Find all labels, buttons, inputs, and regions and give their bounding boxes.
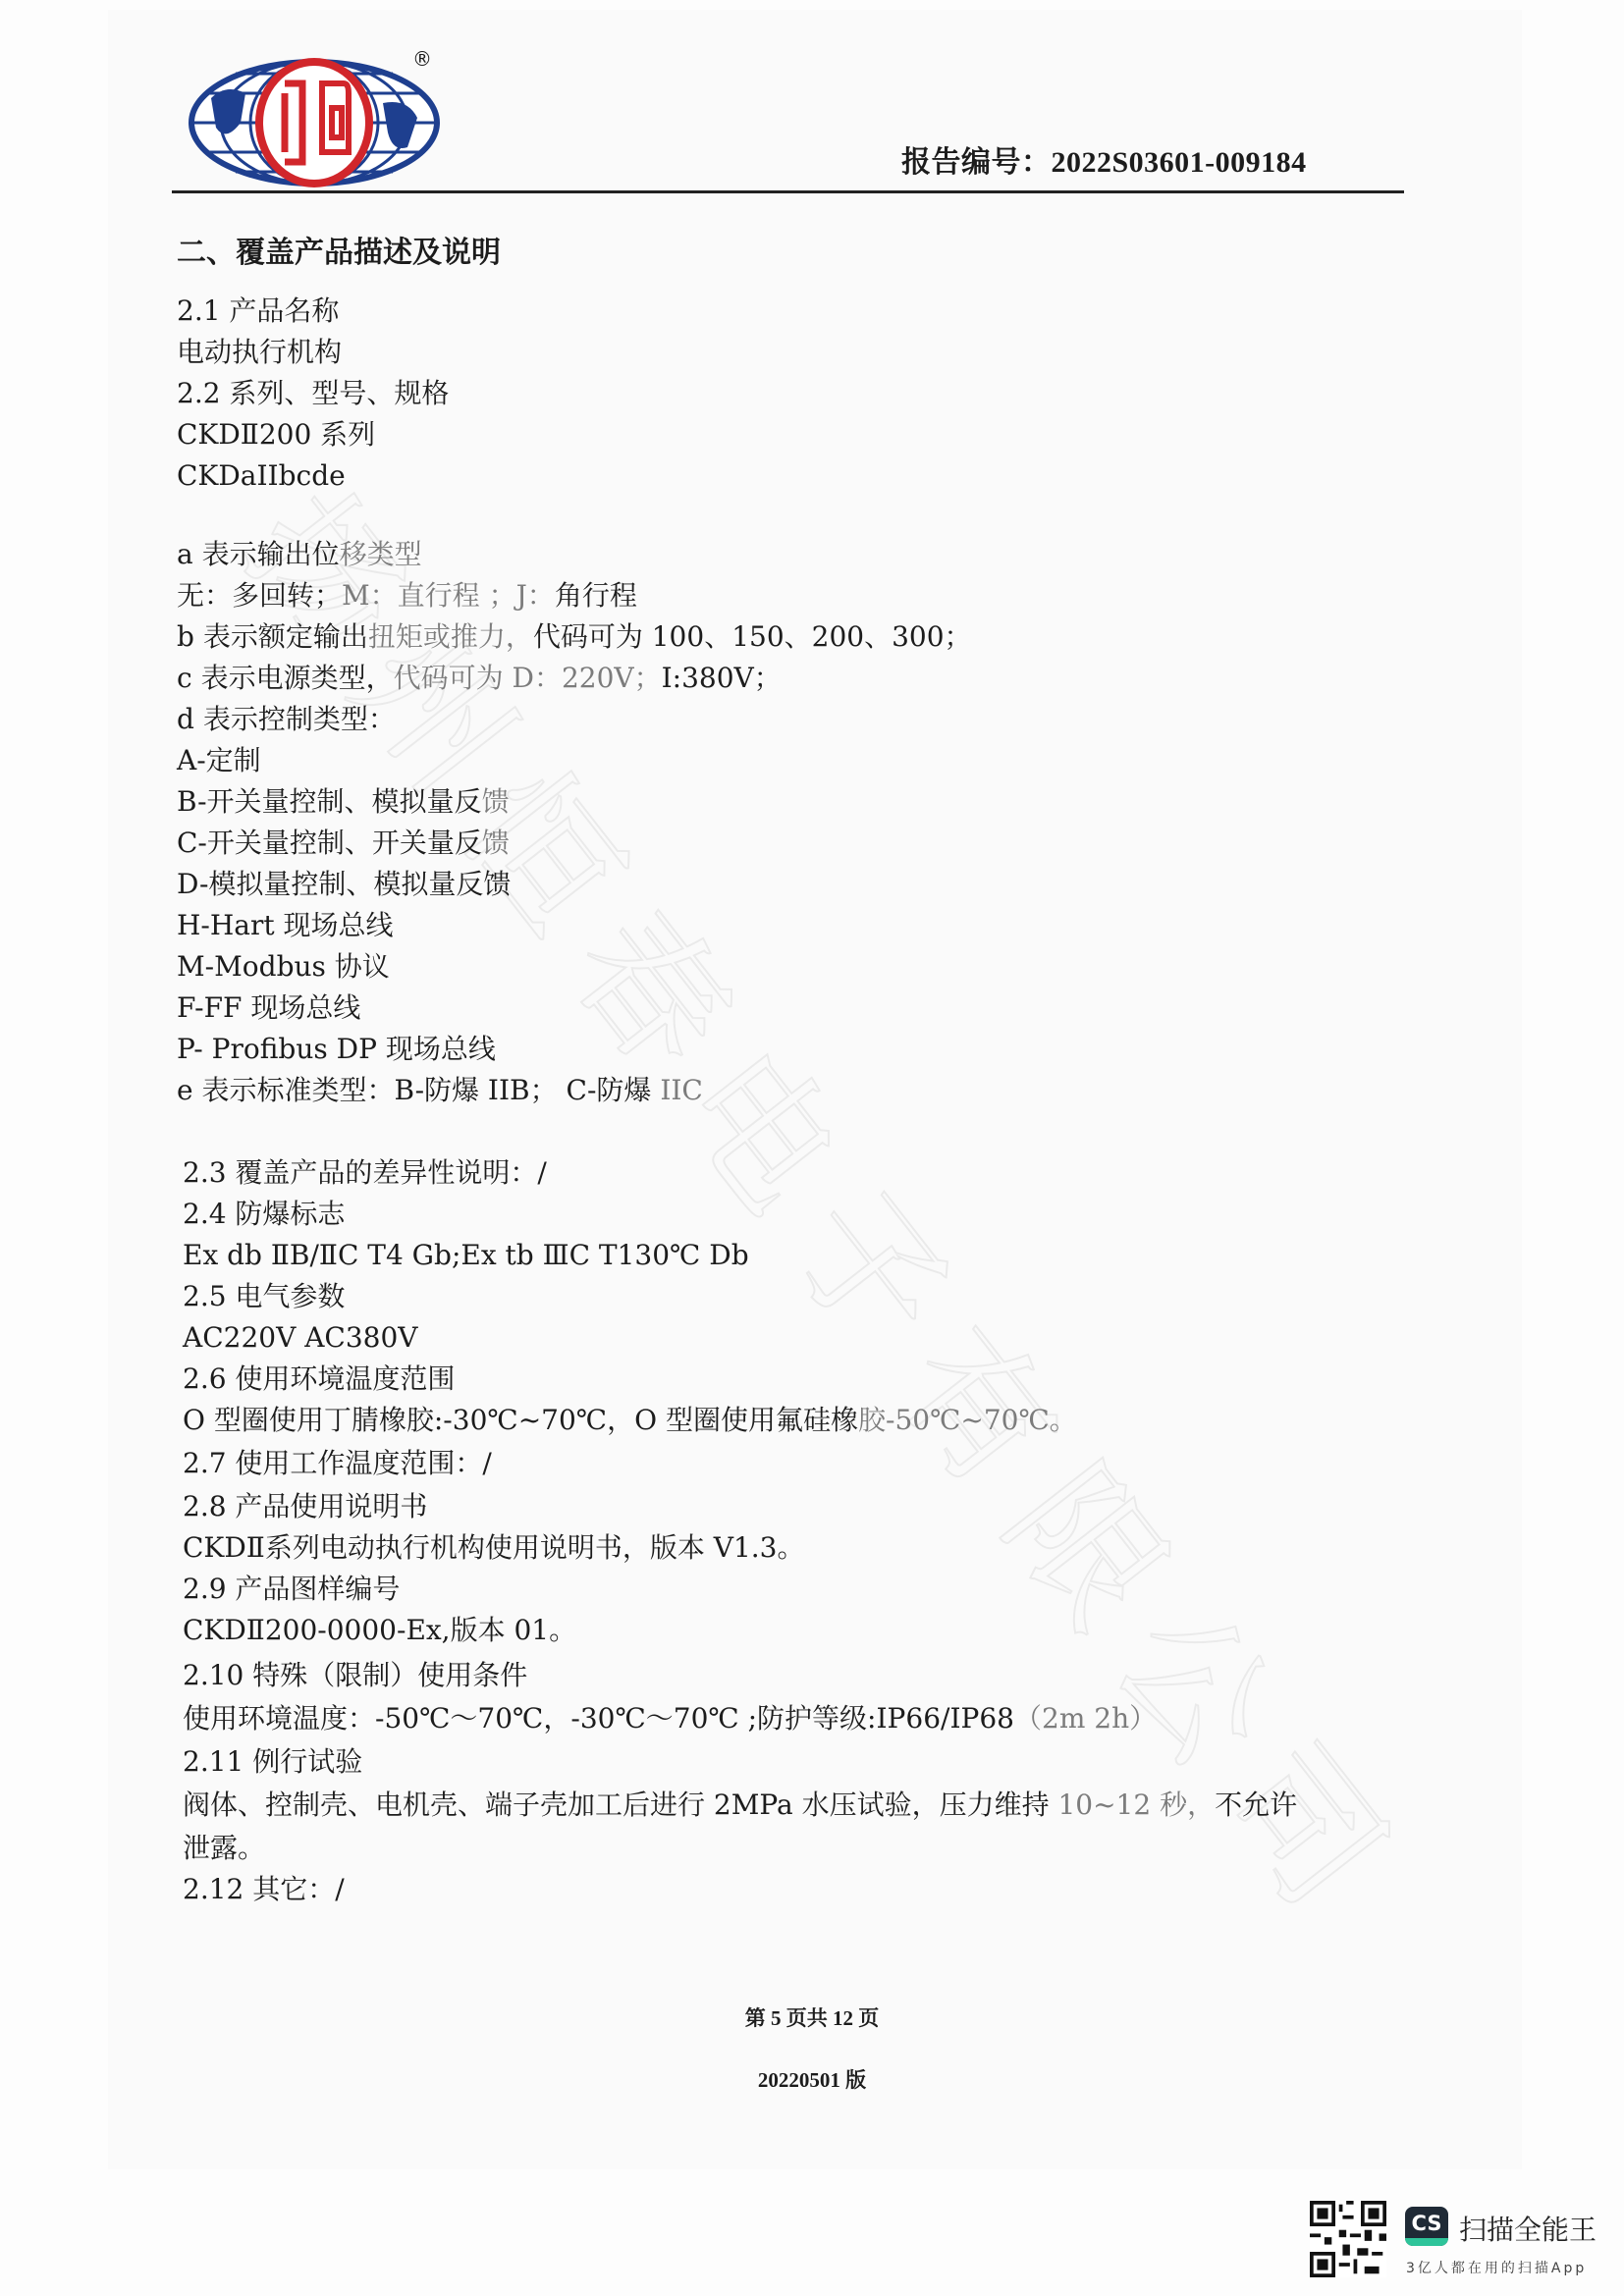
body-line: 无：多回转；M：直行程 ；J：角行程 (177, 579, 637, 613)
page-indicator: 第 5 页共 12 页 (0, 2002, 1624, 2032)
body-line: a 表示输出位移类型 (177, 538, 422, 571)
scanner-app-badge: CS 扫描全能王 3亿人都在用的扫描App (1310, 2199, 1624, 2287)
body-line: b 表示额定输出扭矩或推力，代码可为 100、150、200、300； (177, 620, 972, 654)
qr-code-icon (1310, 2201, 1386, 2277)
body-line: 阀体、控制壳、电机壳、端子壳加工后进行 2MPa 水压试验，压力维持 10~12… (183, 1789, 1297, 1822)
section-title: 二、覆盖产品描述及说明 (177, 228, 501, 271)
body-line: 使用环境温度：-50℃～70℃，-30℃～70℃ ;防护等级:IP66/IP68… (183, 1702, 1157, 1735)
scanner-app-tagline: 3亿人都在用的扫描App (1406, 2258, 1587, 2277)
body-line: O 型圈使用丁腈橡胶:-30℃~70℃，O 型圈使用氟硅橡胶-50℃~70℃。 (183, 1404, 1077, 1437)
camscanner-logo-icon: CS (1405, 2207, 1448, 2246)
body-line: CKDⅡ200 系列 (177, 418, 375, 452)
body-line: F-FF 现场总线 (177, 991, 360, 1025)
body-line: P- Profibus DP 现场总线 (177, 1033, 496, 1066)
scanner-app-name: 扫描全能王 (1459, 2209, 1597, 2248)
body-line: 2.6 使用环境温度范围 (183, 1362, 455, 1396)
body-line: 2.12 其它：/ (183, 1873, 345, 1906)
body-line: 2.9 产品图样编号 (183, 1573, 400, 1606)
report-number: 报告编号：2022S03601-009184 (901, 137, 1307, 181)
body-line: e 表示标准类型：B-防爆 IIB； C-防爆 IIC (177, 1074, 703, 1107)
body-line: CKDⅡ系列电动执行机构使用说明书，版本 V1.3。 (183, 1531, 804, 1565)
body-line: 2.11 例行试验 (183, 1745, 362, 1779)
body-line: c 表示电源类型，代码可为 D：220V；I:380V； (177, 662, 782, 695)
body-line: 2.7 使用工作温度范围：/ (183, 1447, 492, 1480)
body-line: B-开关量控制、模拟量反馈 (177, 785, 510, 819)
body-line: H-Hart 现场总线 (177, 909, 394, 942)
body-line: CKDⅡ200-0000-Ex,版本 01。 (183, 1614, 576, 1647)
body-line: 2.2 系列、型号、规格 (177, 377, 449, 410)
body-line: 电动执行机构 (177, 336, 342, 369)
body-line: D-模拟量控制、模拟量反馈 (177, 868, 511, 901)
body-line: Ex db ⅡB/ⅡC T4 Gb;Ex tb ⅢC T130℃ Db (183, 1239, 749, 1272)
body-line: C-开关量控制、开关量反馈 (177, 827, 510, 860)
body-line: 2.5 电气参数 (183, 1280, 345, 1313)
document-version: 20220501 版 (0, 2064, 1624, 2094)
certification-logo-icon (187, 54, 442, 191)
registered-mark: ® (412, 47, 432, 71)
body-line: 2.8 产品使用说明书 (183, 1490, 427, 1523)
body-line: M-Modbus 协议 (177, 950, 390, 984)
body-line: CKDaIIbcde (177, 459, 346, 493)
body-line: 2.1 产品名称 (177, 294, 339, 328)
body-line: 2.10 特殊（限制）使用条件 (183, 1659, 527, 1692)
body-line: 2.3 覆盖产品的差异性说明：/ (183, 1156, 547, 1190)
body-line: 2.4 防爆标志 (183, 1198, 345, 1231)
body-line: d 表示控制类型： (177, 703, 396, 736)
body-line: AC220V AC380V (183, 1321, 418, 1355)
header-divider (172, 190, 1404, 193)
body-line: 泄露。 (183, 1832, 265, 1865)
body-line: A-定制 (177, 744, 261, 777)
